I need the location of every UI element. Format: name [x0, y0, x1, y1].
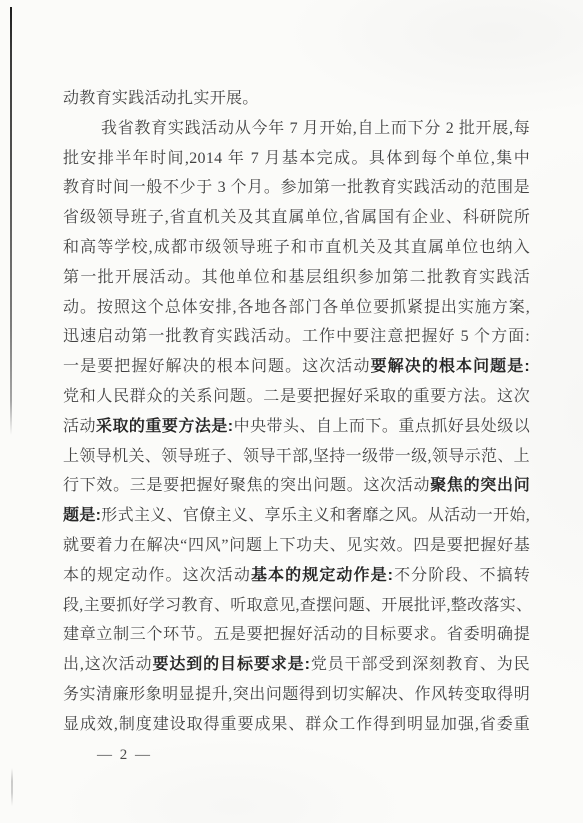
body-text: 本的规定动作。这次活动: [63, 567, 251, 584]
text-line-3: 批安排半年时间,2014 年 7 月基本完成。具体到每个单位,集中: [63, 144, 530, 174]
text-line-7: 第一批开展活动。其他单位和基层组织参加第二批教育实践活: [63, 263, 530, 293]
body-text: 就要着力在解决“四风”问题上下功夫、见实效。四是要把握好基: [63, 537, 530, 554]
body-text: 务实清廉形象明显提升,突出问题得到切实解决、作风转变取得明: [63, 686, 530, 703]
text-line-5: 省级领导班子,省直机关及其直属单位,省属国有企业、科研院所: [63, 203, 530, 233]
emphasis-text: 题是:: [63, 507, 101, 524]
text-line-9: 迅速启动第一批教育实践活动。工作中要注意把握好 5 个方面:: [63, 322, 530, 352]
body-text: 第一批开展活动。其他单位和基层组织参加第二批教育实践活: [63, 269, 530, 286]
text-line-4: 教育时间一般不少于 3 个月。参加第一批教育实践活动的范围是: [63, 173, 530, 203]
text-line-18: 段,主要抓好学习教育、听取意见,查摆问题、开展批评,整改落实、: [63, 591, 530, 621]
emphasis-text: 聚焦的突出问: [430, 477, 530, 494]
body-text: 省级领导班子,省直机关及其直属单位,省属国有企业、科研院所: [63, 209, 530, 226]
text-line-14: 行下效。三是要把握好聚焦的突出问题。这次活动聚焦的突出问: [63, 471, 530, 501]
emphasis-text: 基本的规定动作是:: [251, 567, 393, 584]
text-line-15: 题是:形式主义、官僚主义、享乐主义和奢靡之风。从活动一开始,: [63, 501, 530, 531]
text-line-6: 和高等学校,成都市级领导班子和市直机关及其直属单位也纳入: [63, 233, 530, 263]
text-line-12: 活动采取的重要方法是:中央带头、自上而下。重点抓好县处级以: [63, 412, 530, 442]
body-text: 动教育实践活动扎实开展。: [63, 90, 259, 107]
text-line-21: 务实清廉形象明显提升,突出问题得到切实解决、作风转变取得明: [63, 680, 530, 710]
body-text: 一是要把握好解决的根本问题。这次活动: [63, 358, 371, 375]
text-line-2: 我省教育实践活动从今年 7 月开始,自上而下分 2 批开展,每: [63, 114, 530, 144]
text-line-1: 动教育实践活动扎实开展。: [63, 84, 530, 114]
body-text: 上领导机关、领导班子、领导干部,坚持一级带一级,领导示范、上: [63, 448, 530, 465]
body-text: 批安排半年时间,2014 年 7 月基本完成。具体到每个单位,集中: [63, 150, 530, 167]
emphasis-text: 要解决的根本问题是:: [371, 358, 530, 375]
body-text: 行下效。三是要把握好聚焦的突出问题。这次活动: [63, 477, 430, 494]
body-text: 中央带头、自上而下。重点抓好县处级以: [233, 418, 530, 435]
scanned-document-page: 动教育实践活动扎实开展。我省教育实践活动从今年 7 月开始,自上而下分 2 批开…: [0, 0, 583, 823]
page-number: — 2 —: [97, 747, 152, 764]
emphasis-text: 要达到的目标要求是:: [152, 656, 310, 673]
body-text: 活动: [63, 418, 96, 435]
text-line-13: 上领导机关、领导班子、领导干部,坚持一级带一级,领导示范、上: [63, 442, 530, 472]
body-text: 教育时间一般不少于 3 个月。参加第一批教育实践活动的范围是: [63, 179, 530, 196]
text-line-22: 显成效,制度建设取得重要成果、群众工作得到明显加强,省委重: [63, 710, 530, 740]
body-text: 动。按照这个总体安排,各地各部门各单位要抓紧提出实施方案,: [63, 299, 530, 316]
emphasis-text: 采取的重要方法是:: [96, 418, 233, 435]
text-line-16: 就要着力在解决“四风”问题上下功夫、见实效。四是要把握好基: [63, 531, 530, 561]
text-line-10: 一是要把握好解决的根本问题。这次活动要解决的根本问题是:: [63, 352, 530, 382]
body-text: 建章立制三个环节。五是要把握好活动的目标要求。省委明确提: [63, 626, 530, 643]
body-text: 和高等学校,成都市级领导班子和市直机关及其直属单位也纳入: [63, 239, 530, 256]
text-line-17: 本的规定动作。这次活动基本的规定动作是:不分阶段、不搞转: [63, 561, 530, 591]
body-text: 党员干部受到深刻教育、为民: [310, 656, 530, 673]
text-line-11: 党和人民群众的关系问题。二是要把握好采取的重要方法。这次: [63, 382, 530, 412]
body-text: 迅速启动第一批教育实践活动。工作中要注意把握好 5 个方面:: [63, 328, 530, 345]
text-line-20: 出,这次活动要达到的目标要求是:党员干部受到深刻教育、为民: [63, 650, 530, 680]
text-line-19: 建章立制三个环节。五是要把握好活动的目标要求。省委明确提: [63, 620, 530, 650]
body-text: 我省教育实践活动从今年 7 月开始,自上而下分 2 批开展,每: [101, 120, 530, 137]
body-text: 党和人民群众的关系问题。二是要把握好采取的重要方法。这次: [63, 388, 530, 405]
body-text: 段,主要抓好学习教育、听取意见,查摆问题、开展批评,整改落实、: [63, 597, 532, 614]
scan-artifact-left-line-lower: [11, 768, 13, 806]
body-text: 不分阶段、不搞转: [393, 567, 530, 584]
scan-artifact-left-line: [10, 7, 12, 435]
text-line-8: 动。按照这个总体安排,各地各部门各单位要抓紧提出实施方案,: [63, 293, 530, 323]
text-block: 动教育实践活动扎实开展。我省教育实践活动从今年 7 月开始,自上而下分 2 批开…: [63, 84, 530, 740]
body-text: 显成效,制度建设取得重要成果、群众工作得到明显加强,省委重: [63, 716, 530, 733]
body-text: 形式主义、官僚主义、享乐主义和奢靡之风。从活动一开始,: [101, 507, 530, 524]
body-text: 出,这次活动: [63, 656, 152, 673]
